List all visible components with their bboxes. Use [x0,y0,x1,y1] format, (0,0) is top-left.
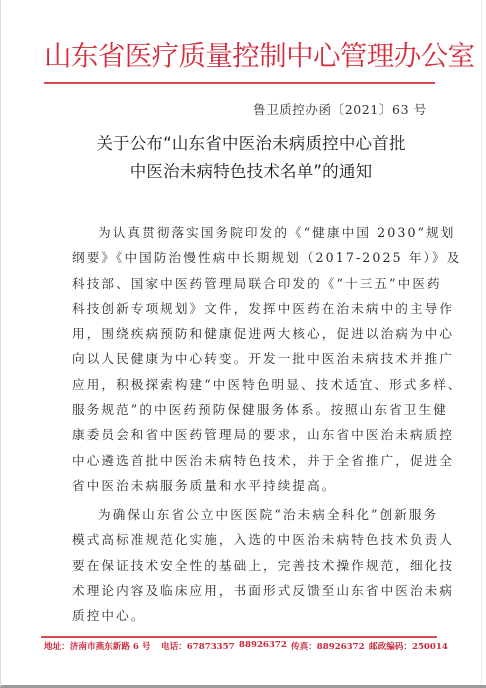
text-line: 科技部、国家中医药管理局联合印发的《“十三五”中医药 [72,271,422,296]
footer-fax: 传真：88926372 [291,640,365,652]
text-line: 术理论内容及临床应用，书面形式反馈至山东省中医治未病 [72,578,422,603]
office-letterhead: 山东省医疗质量控制中心管理办公室 [44,36,434,76]
notice-title-line-1: 关于公布“山东省中医治未病质控中心首批 [61,130,441,158]
notice-title-line-2: 中医治未病特色技术名单”的通知 [61,158,441,186]
document-page: 山东省医疗质量控制中心管理办公室 鲁卫质控办函〔2021〕63 号 关于公布“山… [0,0,486,688]
text-line: 为认真贯彻落实国务院印发的《“健康中国 2030”规划 [72,220,422,245]
page-edge [481,0,482,685]
footer-phone: 电话：67873357 [161,640,235,652]
text-line: 为确保山东省公立中医医院“治未病全科化”创新服务 [72,502,422,527]
letterhead-divider [44,82,435,84]
text-line: 中心遴选首批中医治未病特色技术，并于全省推广，促进全 [72,448,422,473]
document-number: 鲁卫质控办函〔2021〕63 号 [253,100,427,118]
footer-postcode: 邮政编码：250014 [369,640,448,652]
footer-phone-2: 88926372 [239,640,287,650]
notice-title: 关于公布“山东省中医治未病质控中心首批 中医治未病特色技术名单”的通知 [61,130,441,186]
text-line: 省中医治未病服务质量和水平持续提高。 [72,473,422,498]
footer-divider [41,636,437,638]
body-paragraph-2: 为确保山东省公立中医医院“治未病全科化”创新服务 模式高标准规范化实施，入选的中… [72,502,422,628]
text-line: 模式高标准规范化实施，入选的中医治未病特色技术负责人 [72,527,422,552]
text-line: 应用，积极探索构建“中医特色明显、技术适宜、形式多样、 [72,372,422,397]
footer-address: 地址：济南市燕东新路 6 号 [44,640,151,652]
text-line: 质控中心。 [72,603,422,628]
text-line: 科技创新专项规划》文件，发挥中医药在治未病中的主导作 [72,296,422,321]
text-line: 要在保证技术安全性的基础上，完善技术操作规范，细化技 [72,553,422,578]
text-line: 用，围绕疾病预防和健康促进两大核心，促进以治病为中心 [72,321,422,346]
text-line: 服务规范”的中医药预防保健服务体系。按照山东省卫生健 [72,397,422,422]
text-line: 纲要》《中国防治慢性病中长期规划（2017-2025 年）》及 [72,245,422,270]
text-line: 康委员会和省中医药管理局的要求，山东省中医治未病质控 [72,422,422,447]
text-line: 向以人民健康为中心转变。开发一批中医治未病技术并推广 [72,346,422,371]
body-paragraph-1: 为认真贯彻落实国务院印发的《“健康中国 2030”规划 纲要》《中国防治慢性病中… [72,220,422,498]
footer-contact: 地址：济南市燕东新路 6 号 电话：67873357 88926372 传真：8… [44,640,444,656]
